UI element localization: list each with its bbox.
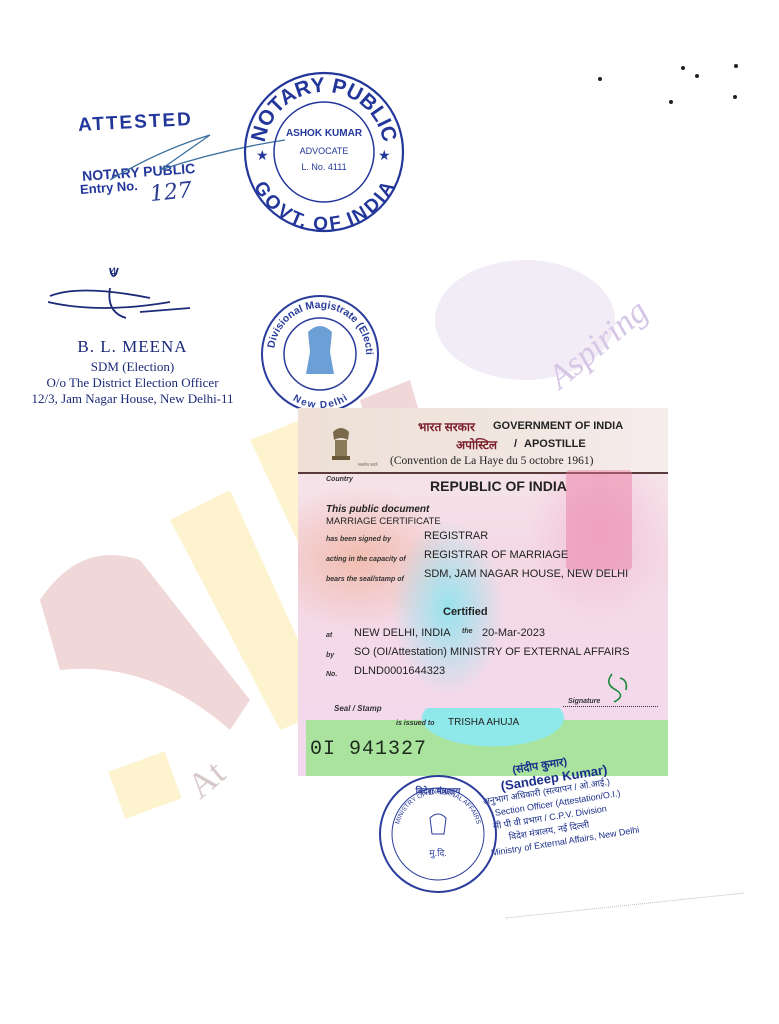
watermark-tagline-left: At: [179, 752, 232, 806]
issued-to-label: is issued to: [396, 720, 435, 727]
watermark-tagline-right: Aspiring: [540, 292, 655, 397]
speck: [681, 66, 685, 70]
document-type: MARRIAGE CERTIFICATE: [326, 516, 441, 527]
signed-by-value: REGISTRAR: [424, 530, 488, 542]
officer-signature: [598, 670, 638, 710]
at-value: NEW DELHI, INDIA: [354, 627, 451, 639]
mea-stamp: विदेश मंत्रालय MINISTRY OF EXTERNAL AFFA…: [376, 772, 500, 896]
by-label: by: [326, 652, 334, 659]
at-label: at: [326, 632, 332, 639]
apostille-serial-number: 0I 941327: [310, 738, 427, 761]
seal-value: SDM, JAM NAGAR HOUSE, NEW DELHI: [424, 568, 628, 580]
svg-text:L. No. 4111: L. No. 4111: [301, 162, 346, 172]
no-label: No.: [326, 671, 337, 678]
national-emblem-icon: [328, 426, 354, 466]
svg-text:★: ★: [378, 147, 391, 163]
the-label: the: [462, 628, 473, 635]
title-hindi: अपोस्टिल: [456, 436, 497, 453]
emblem-caption: सत्यमेव जयते: [358, 462, 377, 468]
sdm-designation: SDM (Election): [0, 359, 265, 375]
sdm-office: O/o The District Election Officer: [0, 375, 265, 391]
by-value: SO (OI/Attestation) MINISTRY OF EXTERNAL…: [354, 646, 629, 658]
seal-stamp-label: Seal / Stamp: [334, 704, 382, 713]
speck: [733, 95, 737, 99]
speck: [669, 100, 673, 104]
signature-label: Signature: [568, 698, 600, 705]
capacity-value: REGISTRAR OF MARRIAGE: [424, 549, 568, 561]
svg-text:GOVT. OF INDIA: GOVT. OF INDIA: [249, 178, 399, 234]
date-value: 20-Mar-2023: [482, 627, 545, 639]
sdm-stamp: Sub Divisional Magistrate (Election) New…: [258, 292, 382, 416]
issued-to-value: TRISHA AHUJA: [448, 717, 519, 728]
seal-label: bears the seal/stamp of: [326, 576, 404, 583]
svg-text:MINISTRY OF EXTERNAL AFFAIRS: MINISTRY OF EXTERNAL AFFAIRS: [394, 789, 482, 826]
speck: [734, 64, 738, 68]
sdm-name: B. L. MEENA: [0, 337, 265, 357]
speck: [695, 74, 699, 78]
public-document-label: This public document: [326, 504, 429, 515]
capacity-label: acting in the capacity of: [326, 556, 406, 563]
apostille-certificate: सत्यमेव जयते भारत सरकार GOVERNMENT OF IN…: [298, 408, 668, 776]
sdm-signature: 4: [40, 262, 200, 324]
faint-dotted-line: [506, 892, 745, 918]
svg-text:मु.दि.: मु.दि.: [429, 847, 447, 859]
speck: [598, 77, 602, 81]
certified-label: Certified: [443, 606, 488, 618]
title-english: APOSTILLE: [524, 438, 586, 450]
svg-text:★: ★: [256, 147, 269, 163]
country-label: Country: [326, 476, 353, 483]
svg-text:ADVOCATE: ADVOCATE: [300, 146, 349, 156]
svg-text:4: 4: [110, 265, 117, 279]
sdm-address: 12/3, Jam Nagar House, New Delhi-11: [0, 391, 265, 407]
signed-by-label: has been signed by: [326, 536, 391, 543]
header-english: GOVERNMENT OF INDIA: [493, 420, 623, 432]
title-separator: /: [514, 438, 517, 450]
country-value: REPUBLIC OF INDIA: [430, 478, 567, 494]
mea-pink-stamp: [566, 470, 632, 570]
svg-text:ASHOK KUMAR: ASHOK KUMAR: [286, 128, 363, 139]
notary-public-stamp: NOTARY PUBLIC GOVT. OF INDIA ★ ★ ASHOK K…: [242, 70, 406, 234]
convention-text: (Convention de La Haye du 5 octobre 1961…: [390, 455, 593, 467]
number-value: DLND0001644323: [354, 665, 445, 677]
header-hindi: भारत सरकार: [418, 418, 475, 435]
